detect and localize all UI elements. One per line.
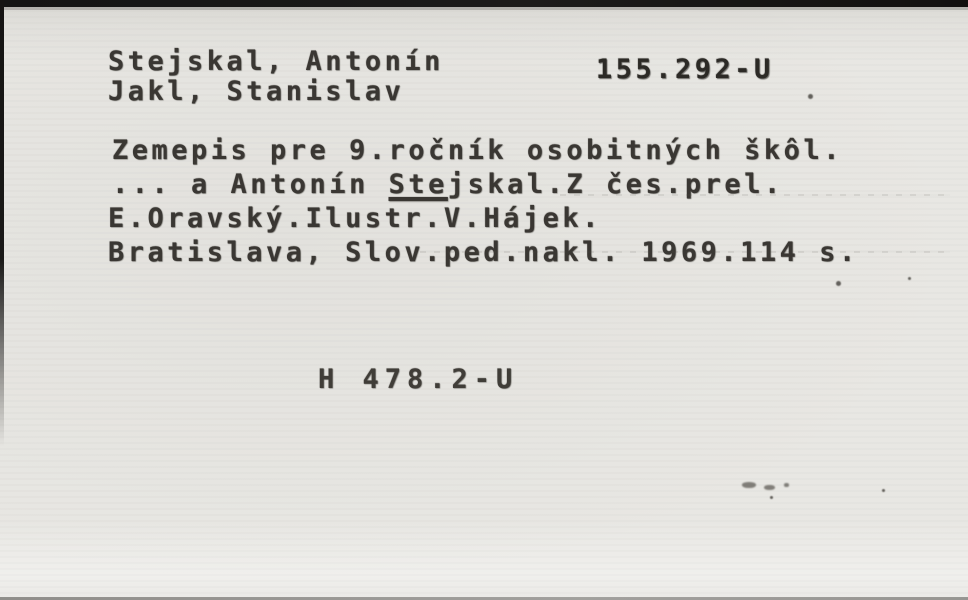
classification-number: 155.292-U bbox=[596, 54, 774, 85]
ink-speck bbox=[770, 496, 773, 499]
statement-prefix: ... a Antonín bbox=[112, 169, 389, 200]
imprint-line-illustrator: E.Oravský.Ilustr.V.Hájek. bbox=[108, 203, 602, 234]
shelf-mark: H 478.2-U bbox=[318, 364, 518, 395]
title-line: Zemepis pre 9.ročník osobitných škôl. bbox=[112, 135, 843, 166]
ink-smudge bbox=[784, 483, 789, 487]
ink-speck bbox=[836, 281, 841, 286]
catalog-card-scan: Stejskal, Antonín Jakl, Stanislav 155.29… bbox=[0, 0, 968, 600]
statement-underlined-entry: Ste bbox=[389, 169, 448, 200]
ink-speck bbox=[908, 277, 911, 280]
author-heading-primary: Stejskal, Antonín bbox=[108, 46, 444, 77]
scan-edge-left bbox=[0, 0, 4, 470]
author-heading-secondary: Jakl, Stanislav bbox=[108, 76, 404, 107]
ink-smudge bbox=[764, 485, 775, 490]
ink-smudge bbox=[742, 482, 756, 488]
scan-artifact-line bbox=[560, 194, 950, 196]
scan-edge-top bbox=[0, 0, 968, 7]
ink-speck bbox=[808, 94, 813, 99]
ink-speck bbox=[882, 489, 885, 492]
scan-artifact-line bbox=[420, 251, 950, 253]
